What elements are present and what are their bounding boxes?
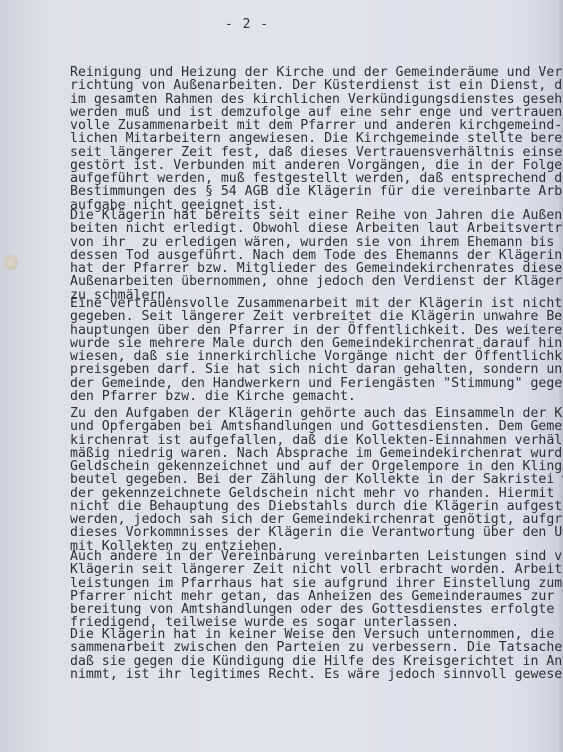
text-line: dessen Tod ausgeführt. Nach dem Tode des… <box>70 249 563 262</box>
text-line: und Opfergaben bei Amtshandlungen und Go… <box>70 420 563 433</box>
paragraph: Zu den Aufgaben der Klägerin gehörte auc… <box>70 407 563 553</box>
paragraph: Die Klägerin hat in keiner Weise den Ver… <box>70 628 563 681</box>
text-line: leistungen im Pfarrhaus hat sie aufgrund… <box>70 577 563 590</box>
text-line: Geldschein gekennzeichnet und auf der Or… <box>70 460 563 473</box>
text-line: Die Klägerin hat in keiner Weise den Ver… <box>70 628 563 641</box>
text-line: beutel gegeben. Bei der Zählung der Koll… <box>70 473 563 486</box>
punch-hole <box>4 255 18 270</box>
text-line: bereitung von Amtshandlungen oder des Go… <box>70 603 563 616</box>
text-line: der Gemeinde, den Handwerkern und Ferien… <box>70 377 563 390</box>
text-line: Bestimmungen des § 54 AGB die Klägerin f… <box>70 185 563 198</box>
text-line: wiesen, daß sie innerkirchliche Vorgänge… <box>70 350 563 363</box>
text-line: werden muß und ist demzufolge auf eine s… <box>70 106 563 119</box>
text-line: Die Klägerin hat bereits seit einer Reih… <box>70 209 563 222</box>
text-line: von ihr zu erledigen wären, wurden sie v… <box>70 236 563 249</box>
text-line: daß sie gegen die Kündigung die Hilfe de… <box>70 655 563 668</box>
text-line: im gesamten Rahmen des kirchlichen Verkü… <box>70 93 563 106</box>
paragraph: Die Klägerin hat bereits seit einer Reih… <box>70 209 563 302</box>
text-line: den Pfarrer bzw. die Kirche gemacht. <box>70 390 563 403</box>
text-line: dieses Vorkommnisses der Klägerin die Ve… <box>70 526 563 539</box>
text-line: gestört ist. Verbunden mit anderen Vorgä… <box>70 159 563 172</box>
text-line: Eine vertrauensvolle Zusammenarbeit mit … <box>70 297 563 310</box>
paragraph: Eine vertrauensvolle Zusammenarbeit mit … <box>70 297 563 403</box>
text-line: Pfarrer nicht mehr getan, das Anheizen d… <box>70 590 563 603</box>
text-line: mäßig niedrig waren. Nach Absprache im G… <box>70 447 563 460</box>
text-line: Zu den Aufgaben der Klägerin gehörte auc… <box>70 407 563 420</box>
text-line: Reinigung und Heizung der Kirche und der… <box>70 66 563 79</box>
text-line: sammenarbeit zwischen den Parteien zu ve… <box>70 641 563 654</box>
text-line: Auch andere in der Vereinbarung vereinba… <box>70 550 563 563</box>
text-line: der gekennzeichnete Geldschein nicht meh… <box>70 487 563 500</box>
text-line: Klägerin seit längerer Zeit nicht voll e… <box>70 563 563 576</box>
text-line: richtung von Außenarbeiten. Der Küsterdi… <box>70 79 563 92</box>
text-line: nicht die Behauptung des Diebstahls durc… <box>70 500 563 513</box>
paragraph: Reinigung und Heizung der Kirche und der… <box>70 66 563 212</box>
page-number: - 2 - <box>0 17 494 32</box>
text-line: gegeben. Seit längerer Zeit verbreitet d… <box>70 310 563 323</box>
text-line: seit längerer Zeit fest, daß dieses Vert… <box>70 146 563 159</box>
text-line: volle Zusammenarbeit mit dem Pfarrer und… <box>70 119 563 132</box>
text-line: hat der Pfarrer bzw. Mitglieder des Geme… <box>70 262 563 275</box>
text-line: hauptungen über den Pfarrer in der Öffen… <box>70 324 563 337</box>
text-line: wurde sie mehrere Male durch den Gemeind… <box>70 337 563 350</box>
text-line: lichen Mitarbeitern angewiesen. Die Kirc… <box>70 132 563 145</box>
text-line: kirchenrat ist aufgefallen, daß die Koll… <box>70 434 563 447</box>
text-line: nimmt, ist ihr legitimes Recht. Es wäre … <box>70 668 563 681</box>
text-line: preisgeben darf. Sie hat sich nicht dara… <box>70 363 563 376</box>
text-line: Außenarbeiten übernommen, ohne jedoch de… <box>70 275 563 288</box>
text-line: werden, jedoch sah sich der Gemeindekirc… <box>70 513 563 526</box>
text-line: aufgeführt werden, muß festgestellt werd… <box>70 172 563 185</box>
paragraph: Auch andere in der Vereinbarung vereinba… <box>70 550 563 630</box>
text-line: beiten nicht erledigt. Obwohl diese Arbe… <box>70 222 563 235</box>
